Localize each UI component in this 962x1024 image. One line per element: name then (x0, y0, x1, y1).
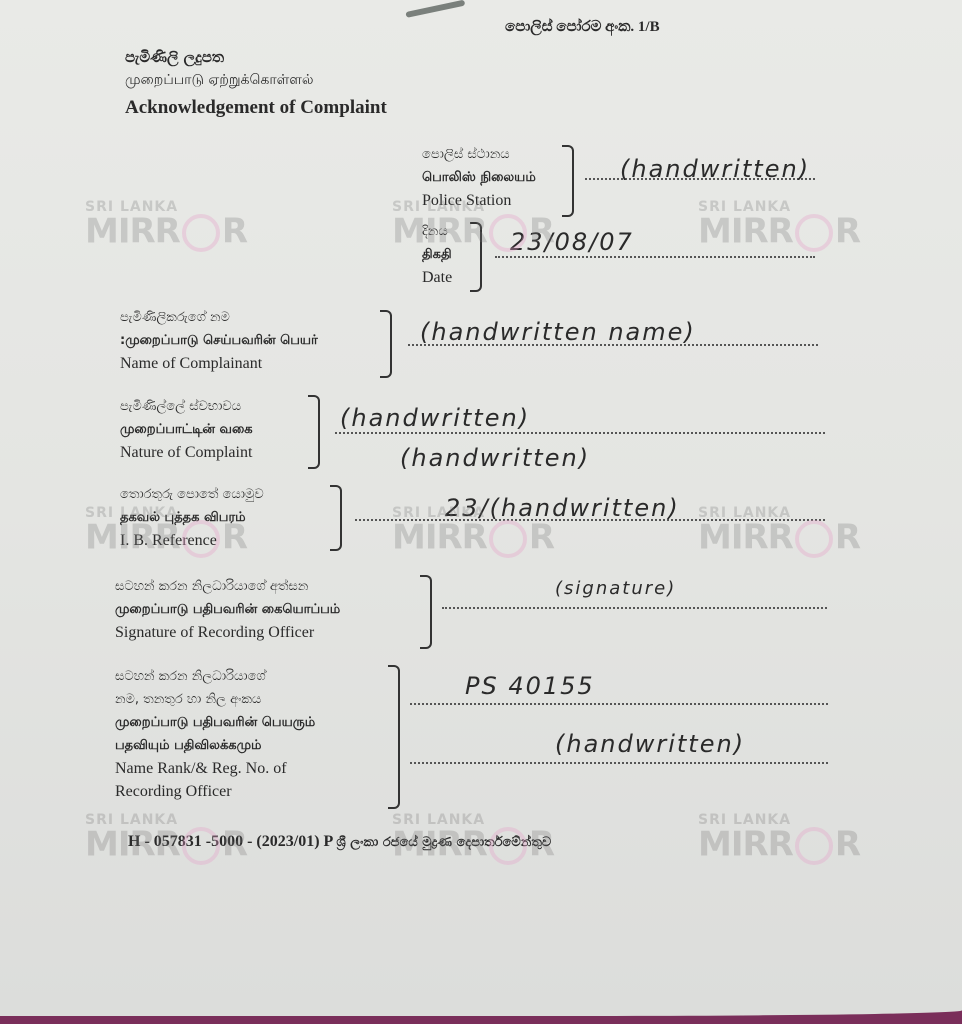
label-en: Signature of Recording Officer (115, 621, 340, 644)
label-ta-1: முறைப்பாடு பதிபவரின் பெயரும் (115, 711, 315, 734)
brace (562, 145, 574, 217)
wm-brand: MIRR (85, 518, 180, 558)
wm-brand: MIRR (698, 212, 793, 252)
officer-label: සටහන් කරන නිලධාරියාගේ නම, තනතුර හා නිල අ… (115, 665, 315, 803)
complainant-value: (handwritten name) (420, 318, 696, 346)
complaint-acknowledgement-form: පොලිස් පෝරම අංක. 1/B පැමිණිලි ලදුපත முறை… (0, 0, 962, 1010)
label-en: Name of Complainant (120, 352, 318, 375)
wm-brand-end: R (222, 825, 247, 865)
label-en-1: Name Rank/& Reg. No. of (115, 757, 315, 780)
officer-field-1[interactable] (410, 703, 828, 705)
watermark: SRI LANKAMIRRR (392, 200, 554, 252)
watermark: SRI LANKAMIRRR (85, 813, 247, 865)
title-english: Acknowledgement of Complaint (125, 97, 387, 119)
officer-rank-value: PS 40155 (465, 672, 595, 700)
wm-brand-end: R (222, 518, 247, 558)
wm-brand-end: R (529, 212, 554, 252)
label-si: පොලිස් ස්ථානය (422, 143, 536, 166)
date-field[interactable] (495, 256, 815, 258)
watermark: SRI LANKAMIRRR (392, 506, 554, 558)
wm-ring-icon (489, 827, 527, 865)
wm-ring-icon (795, 520, 833, 558)
wm-ring-icon (795, 827, 833, 865)
wm-brand: MIRR (698, 518, 793, 558)
form-number: පොලිස් පෝරම අංක. 1/B (505, 18, 660, 36)
wm-brand-end: R (222, 212, 247, 252)
brace (380, 310, 392, 378)
label-ta: :முறைப்பாடு செய்பவரின் பெயர் (120, 329, 318, 352)
label-en-2: Recording Officer (115, 780, 315, 803)
nature-label: පැමිණිල්ලේ ස්වභාවය முறைப்பாட்டின் வகை Na… (120, 395, 253, 464)
wm-brand: MIRR (698, 825, 793, 865)
wm-brand: MIRR (85, 825, 180, 865)
wm-brand-end: R (835, 518, 860, 558)
wm-brand-end: R (529, 518, 554, 558)
nature-field[interactable] (335, 432, 825, 434)
label-si: සටහන් කරන නිලධාරියාගේ අත්සන (115, 575, 340, 598)
label-si: පැමිණිල්ලේ ස්වභාවය (120, 395, 253, 418)
wm-ring-icon (795, 214, 833, 252)
wm-brand: MIRR (85, 212, 180, 252)
wm-ring-icon (182, 827, 220, 865)
brace (308, 395, 320, 469)
wm-ring-icon (489, 520, 527, 558)
wm-brand: MIRR (392, 212, 487, 252)
label-si: තොරතුරු පොතේ යොමුව (120, 483, 264, 506)
officer-reg-value: (handwritten) (555, 730, 745, 758)
wm-brand-end: R (835, 825, 860, 865)
wm-brand-end: R (835, 212, 860, 252)
watermark: SRI LANKAMIRRR (85, 200, 247, 252)
label-si-1: සටහන් කරන නිලධාරියාගේ (115, 665, 315, 688)
title-sinhala: පැමිණිලි ලදුපත (125, 48, 224, 66)
officer-field-2[interactable] (410, 762, 828, 764)
police-station-value: (handwritten) (620, 155, 810, 183)
signature-field[interactable] (442, 607, 827, 609)
watermark: SRI LANKAMIRRR (85, 506, 247, 558)
signature-value: (signature) (555, 578, 676, 599)
signature-label: සටහන් කරන නිලධාරියාගේ අත්සන முறைப்பாடு ப… (115, 575, 340, 644)
wm-brand: MIRR (392, 518, 487, 558)
watermark: SRI LANKAMIRRR (698, 813, 860, 865)
label-ta: முறைப்பாடு பதிபவரின் கையொப்பம் (115, 598, 340, 621)
wm-brand: MIRR (392, 825, 487, 865)
wm-ring-icon (489, 214, 527, 252)
label-si-2: නම, තනතුර හා නිල අංකය (115, 688, 315, 711)
watermark: SRI LANKAMIRRR (698, 506, 860, 558)
brace (420, 575, 432, 649)
wm-brand-end: R (529, 825, 554, 865)
label-ta-2: பதவியும் பதிவிலக்கமும் (115, 734, 315, 757)
pen-edge (405, 0, 465, 18)
label-en: Nature of Complaint (120, 441, 253, 464)
wm-ring-icon (182, 214, 220, 252)
title-tamil: முறைப்பாடு ஏற்றுக்கொள்ளல் (125, 72, 314, 90)
nature-value-line2: (handwritten) (400, 444, 590, 472)
nature-value: (handwritten) (340, 404, 530, 432)
label-ta: முறைப்பாட்டின் வகை (120, 418, 253, 441)
label-en: Date (422, 266, 452, 289)
complainant-label: පැමිණිලිකරුගේ නම :முறைப்பாடு செய்பவரின் … (120, 306, 318, 375)
wm-ring-icon (182, 520, 220, 558)
watermark: SRI LANKAMIRRR (392, 813, 554, 865)
brace (388, 665, 400, 809)
watermark: SRI LANKAMIRRR (698, 200, 860, 252)
brace (330, 485, 342, 551)
label-ta: பொலிஸ் நிலையம் (422, 166, 536, 189)
label-si: පැමිණිලිකරුගේ නම (120, 306, 318, 329)
